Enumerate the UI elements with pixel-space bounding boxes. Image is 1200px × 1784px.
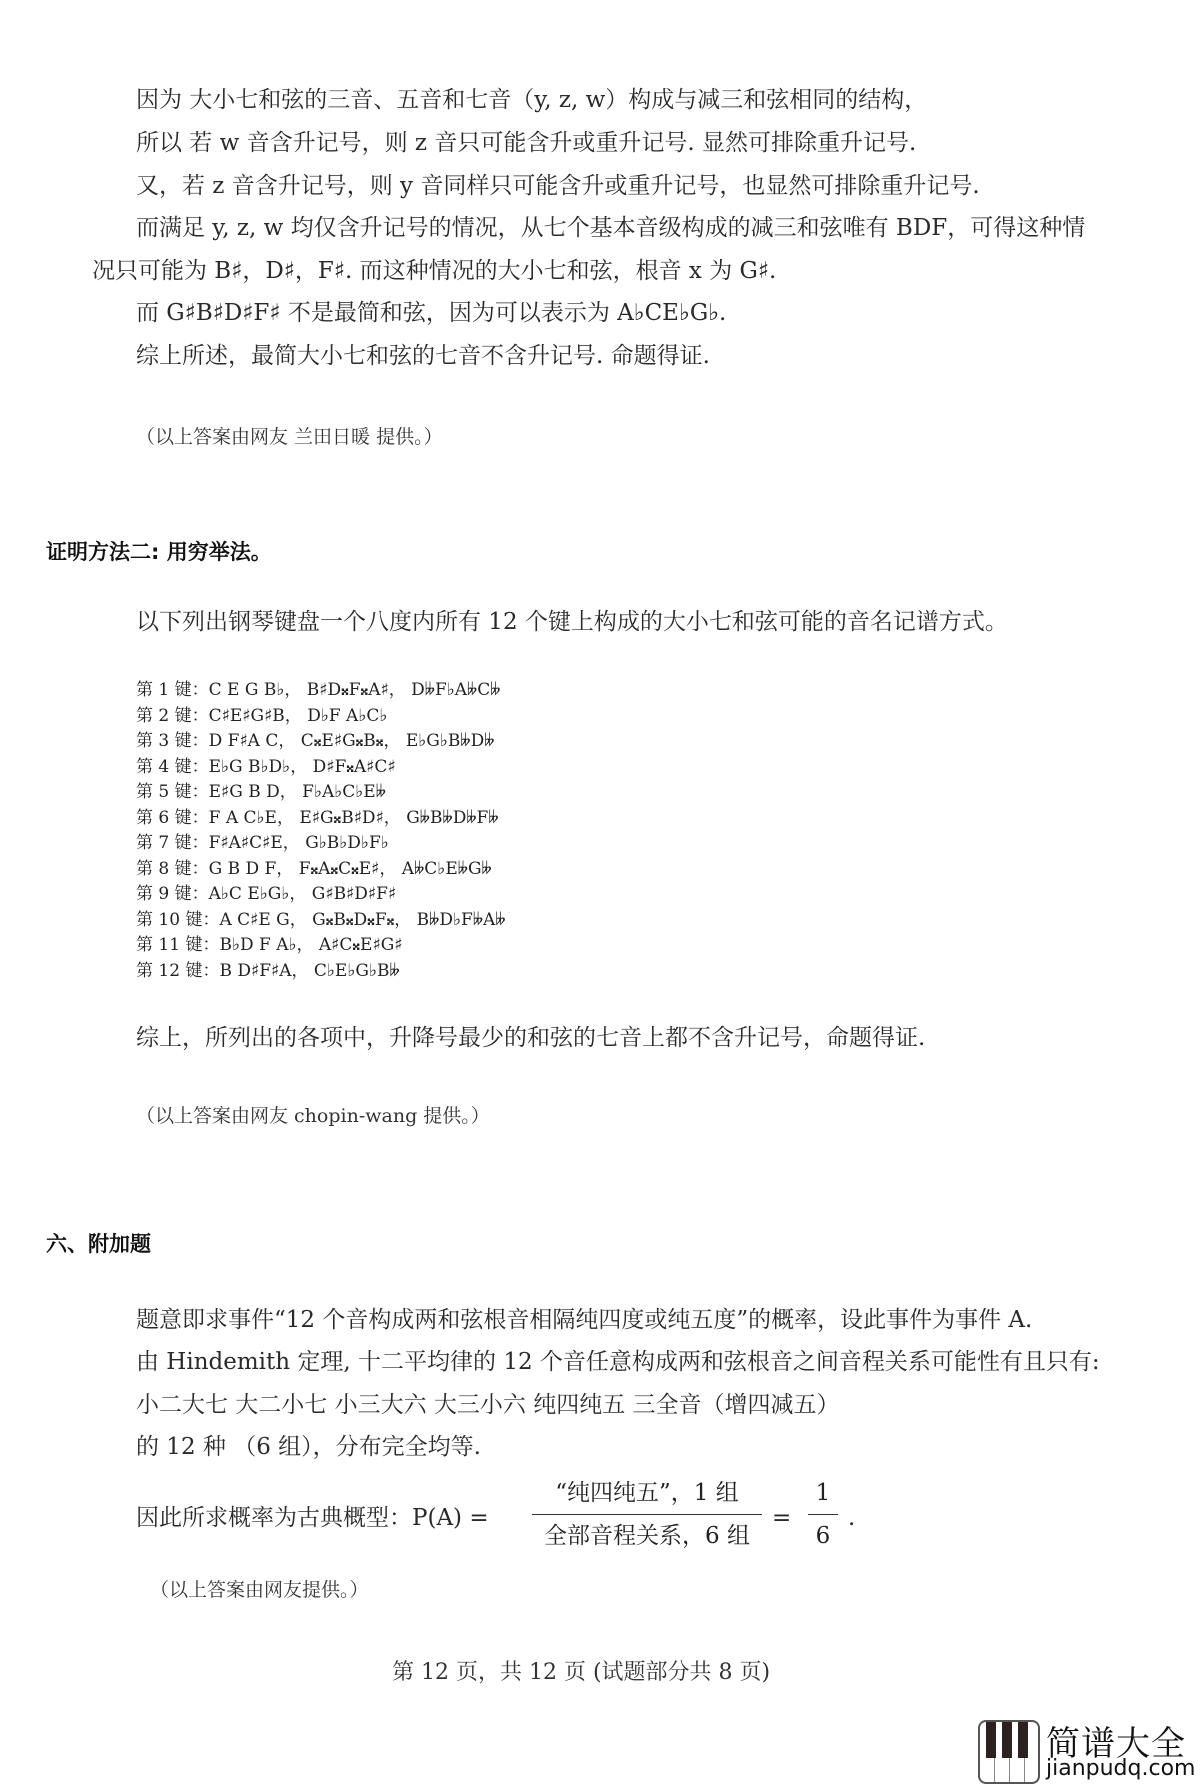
probability-formula-prefix: 因此所求概率为古典概型：P(A) = [136,1503,489,1533]
key-row: 第 10 键：A C♯E G， G𝄪B𝄪D𝄪F𝄪， B𝄫D♭F𝄫A𝄫 [136,908,506,934]
proof1-line-6: 而 G♯B♯D♯F♯ 不是最简和弦，因为可以表示为 A♭CE♭G♭. [136,298,726,328]
key-row: 第 7 键：F♯A♯C♯E， G♭B♭D♭F♭ [136,831,506,857]
proof1-line-2: 所以 若 w 音含升记号，则 z 音只可能含升或重升记号. 显然可排除重升记号. [136,128,916,158]
fraction-bar [532,1514,762,1515]
key-spelling-list: 第 1 键：C E G B♭， B♯D𝄪F𝄪A♯， D𝄫F♭A𝄫C𝄫 第 2 键… [136,678,506,984]
key-row: 第 3 键：D F♯A C， C𝄪E♯G𝄪B𝄪， E♭G♭B𝄫D𝄫 [136,729,506,755]
result-bar [808,1514,838,1515]
proof2-conclusion: 综上，所列出的各项中，升降号最少的和弦的七音上都不含升记号，命题得证. [136,1023,925,1053]
key-row: 第 8 键：G B D F， F𝄪A𝄪C𝄪E♯， A𝄫C♭E𝄫G𝄫 [136,857,506,883]
section6-line-3: 小二大七 大二小七 小三大六 大三小六 纯四纯五 三全音（增四减五） [136,1390,840,1420]
section6-credit: （以上答案由网友提供。） [150,1575,369,1602]
key-row: 第 9 键：A♭C E♭G♭， G♯B♯D♯F♯ [136,882,506,908]
key-row: 第 12 键：B D♯F♯A， C♭E♭G♭B𝄫 [136,959,506,985]
key-row: 第 6 键：F A C♭E， E♯G𝄪B♯D♯， G𝄫B𝄫D𝄫F𝄫 [136,806,506,832]
section6-line-1: 题意即求事件“12 个音构成两和弦根音相隔纯四度或纯五度”的概率，设此事件为事件… [136,1305,1032,1335]
formula-period: . [848,1503,855,1533]
key-row: 第 1 键：C E G B♭， B♯D𝄪F𝄪A♯， D𝄫F♭A𝄫C𝄫 [136,678,506,704]
piano-keys-icon [978,1720,1040,1784]
proof2-intro: 以下列出钢琴键盘一个八度内所有 12 个键上构成的大小七和弦可能的音名记谱方式。 [136,607,1008,637]
proof1-line-7: 综上所述，最简大小七和弦的七音不含升记号. 命题得证. [136,341,710,371]
proof1-line-3: 又，若 z 音含升记号，则 y 音同样只可能含升或重升记号，也显然可排除重升记号… [136,171,980,201]
jianpudq-watermark-logo: 简谱大全 jianpudq.com [978,1712,1200,1784]
proof1-line-4: 而满足 y, z, w 均仅含升记号的情况，从七个基本音级构成的减三和弦唯有 B… [136,213,1085,243]
section6-line-4: 的 12 种 （6 组），分布完全均等. [136,1432,481,1462]
result-denominator: 6 [816,1521,831,1551]
proof1-credit: （以上答案由网友 兰田日暖 提供。） [136,422,443,449]
section6-line-2: 由 Hindemith 定理, 十二平均律的 12 个音任意构成两和弦根音之间音… [136,1347,1100,1377]
fraction-numerator: “纯四纯五”，1 组 [555,1478,738,1508]
proof1-line-5: 况只可能为 B♯，D♯，F♯. 而这种情况的大小七和弦，根音 x 为 G♯. [92,256,776,286]
result-numerator: 1 [816,1478,831,1508]
proof2-credit: （以上答案由网友 chopin-wang 提供。） [136,1101,490,1128]
result-fraction: 1 6 [808,1478,838,1551]
section6-heading: 六、附加题 [46,1228,151,1258]
key-row: 第 4 键：E♭G B♭D♭， D♯F𝄪A♯C♯ [136,755,506,781]
key-row: 第 11 键：B♭D F A♭， A♯C𝄪E♯G♯ [136,933,506,959]
proof2-heading: 证明方法二: 用穷举法。 [46,536,272,566]
formula-equals: = [772,1503,791,1533]
key-row: 第 5 键：E♯G B D， F♭A♭C♭E𝄫 [136,780,506,806]
probability-fraction: “纯四纯五”，1 组 全部音程关系，6 组 [532,1478,762,1551]
proof1-line-1: 因为 大小七和弦的三音、五音和七音（y, z, w）构成与减三和弦相同的结构， [136,85,927,115]
key-row: 第 2 键：C♯E♯G♯B， D♭F A♭C♭ [136,704,506,730]
fraction-denominator: 全部音程关系，6 组 [544,1521,750,1551]
page-footer: 第 12 页，共 12 页 (试题部分共 8 页) [392,1655,770,1686]
logo-domain: jianpudq.com [1046,1756,1195,1781]
